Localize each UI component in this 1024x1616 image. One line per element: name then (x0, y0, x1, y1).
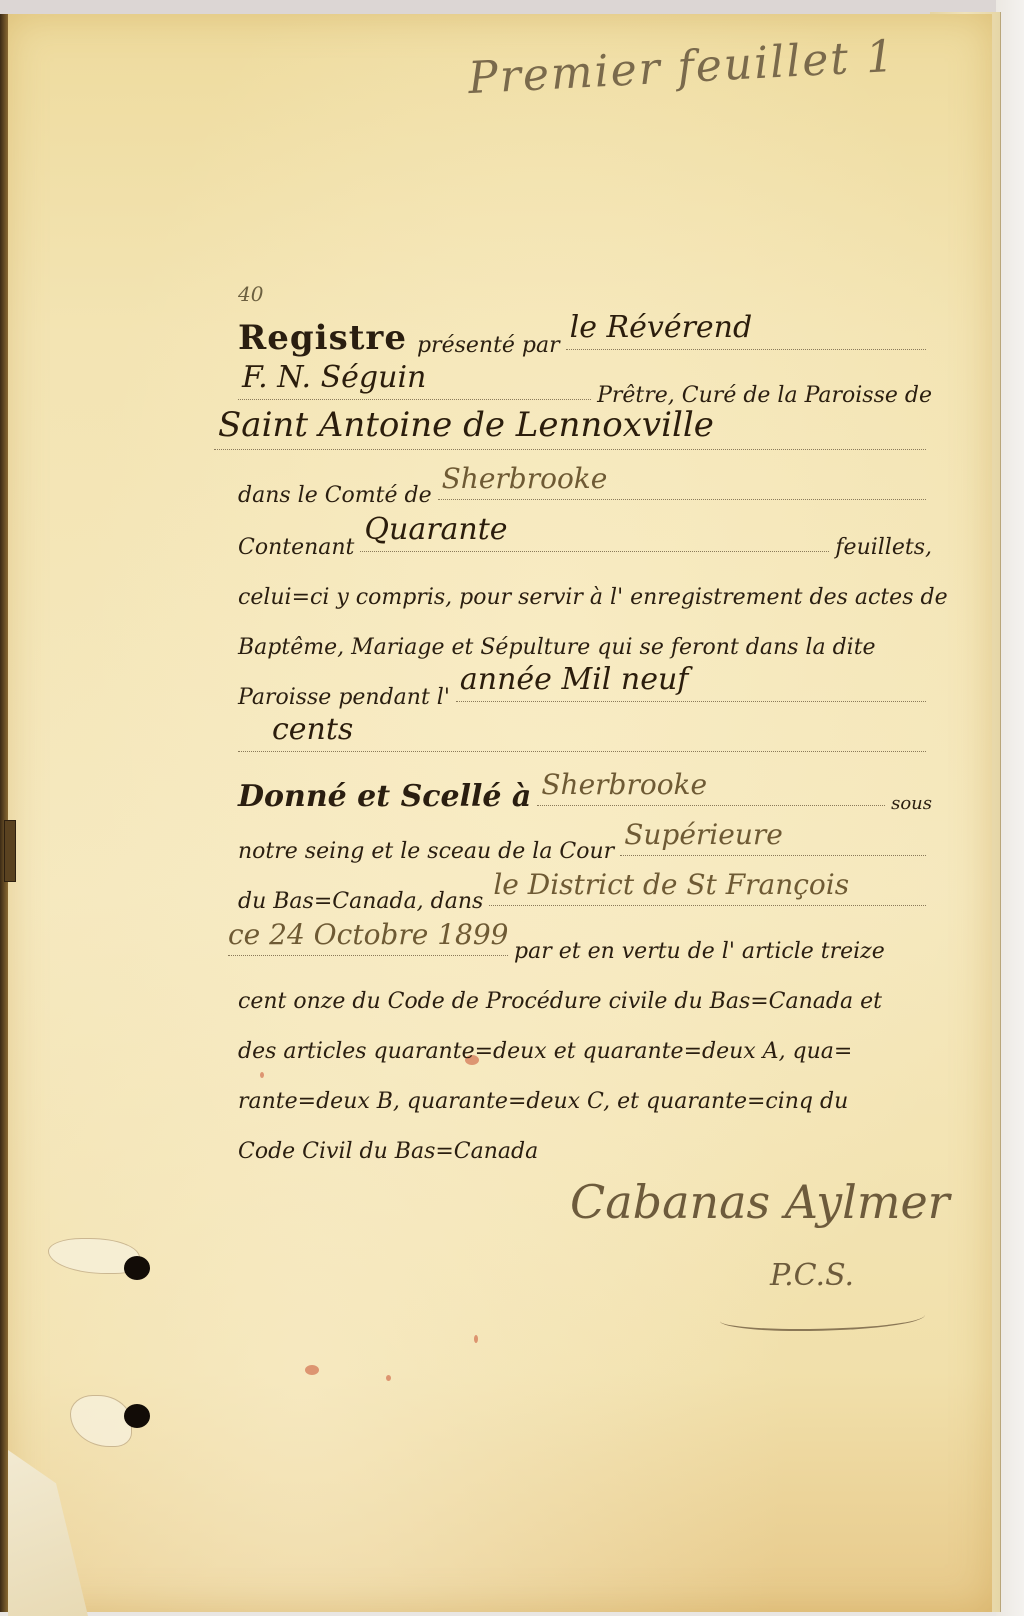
line-priest: F. N. Séguin Prêtre, Curé de la Paroisse… (238, 360, 932, 408)
line-legal-1: cent onze du Code de Procédure civile du… (238, 966, 932, 1014)
line-given-sealed: Donné et Scellé à Sherbrooke sous (238, 766, 932, 814)
printed-text: sous (891, 793, 932, 814)
printed-text: dans le Comté de (238, 483, 432, 508)
printed-text: notre seing et le sceau de la Cour (238, 839, 614, 864)
handwritten-entry: le District de St François (493, 868, 849, 901)
handwritten-entry: Supérieure (624, 818, 783, 851)
red-stain (305, 1365, 319, 1375)
line-court: notre seing et le sceau de la Cour Supér… (238, 816, 932, 864)
line-legal-4: Code Civil du Bas=Canada (238, 1116, 932, 1164)
printed-text: par et en vertu de l' article treize (514, 939, 885, 964)
binding-hole (124, 1404, 150, 1428)
printed-text: feuillets, (835, 535, 932, 560)
handwritten-entry: F. N. Séguin (242, 360, 426, 395)
handwritten-entry: cents (272, 712, 353, 747)
handwritten-entry: année Mil neuf (460, 662, 689, 697)
line-date: ce 24 Octobre 1899 par et en vertu de l'… (228, 916, 932, 964)
signature: Cabanas Aylmer (570, 1175, 950, 1229)
folio-number: 40 (238, 282, 263, 306)
line-legal-2: des articles quarante=deux et quarante=d… (238, 1016, 932, 1064)
line-purpose: celui=ci y compris, pour servir à l' enr… (238, 562, 932, 610)
line-registre: Registre présenté par le Révérend (238, 310, 932, 358)
line-county: dans le Comté de Sherbrooke (238, 460, 932, 508)
printed-text: du Bas=Canada, dans (238, 889, 483, 914)
fill-line: Sherbrooke (537, 804, 885, 806)
fill-line: le District de St François (489, 904, 926, 906)
handwritten-entry: ce 24 Octobre 1899 (228, 918, 508, 951)
signature-title: P.C.S. (770, 1258, 854, 1293)
binding-clip (4, 820, 16, 882)
printed-text: Donné et Scellé à (238, 779, 531, 814)
printed-text: Code Civil du Bas=Canada (238, 1139, 538, 1164)
handwritten-entry: Quarante (364, 512, 507, 547)
handwritten-entry: Sherbrooke (442, 462, 608, 495)
red-stain (386, 1375, 391, 1381)
red-stain (474, 1335, 478, 1343)
printed-text: celui=ci y compris, pour servir à l' enr… (238, 585, 948, 610)
line-leaves: Contenant Quarante feuillets, (238, 512, 932, 560)
fill-line: année Mil neuf (456, 700, 926, 702)
registre-heading: Registre (238, 318, 407, 358)
printed-text: Contenant (238, 535, 354, 560)
fill-line: le Révérend (566, 348, 926, 350)
fill-line: Saint Antoine de Lennoxville (214, 448, 926, 450)
fill-line: ce 24 Octobre 1899 (228, 954, 508, 956)
printed-text: Paroisse pendant l' (238, 685, 450, 710)
line-year: Paroisse pendant l' année Mil neuf (238, 662, 932, 710)
line-parish: Saint Antoine de Lennoxville (214, 410, 932, 458)
line-legal-3: rante=deux B, quarante=deux C, et quaran… (238, 1066, 932, 1114)
printed-text: cent onze du Code de Procédure civile du… (238, 989, 882, 1014)
handwritten-entry: le Révérend (570, 310, 753, 345)
line-acts: Baptême, Mariage et Sépulture qui se fer… (238, 612, 932, 660)
fill-line: cents (238, 750, 926, 752)
fill-line: F. N. Séguin (238, 398, 591, 400)
fill-line: Supérieure (620, 854, 926, 856)
printed-text: Baptême, Mariage et Sépulture qui se fer… (238, 635, 876, 660)
printed-text: présenté par (417, 333, 560, 358)
binding-spine (0, 14, 8, 1612)
line-district: du Bas=Canada, dans le District de St Fr… (238, 866, 932, 914)
printed-text: rante=deux B, quarante=deux C, et quaran… (238, 1089, 848, 1114)
handwritten-entry: Saint Antoine de Lennoxville (218, 405, 714, 445)
handwritten-entry: Sherbrooke (541, 768, 707, 801)
binding-hole (124, 1256, 150, 1280)
line-year-continued: cents (238, 712, 932, 760)
printed-text: des articles quarante=deux et quarante=d… (238, 1039, 852, 1064)
fill-line: Sherbrooke (438, 498, 926, 500)
fill-line: Quarante (360, 550, 829, 552)
